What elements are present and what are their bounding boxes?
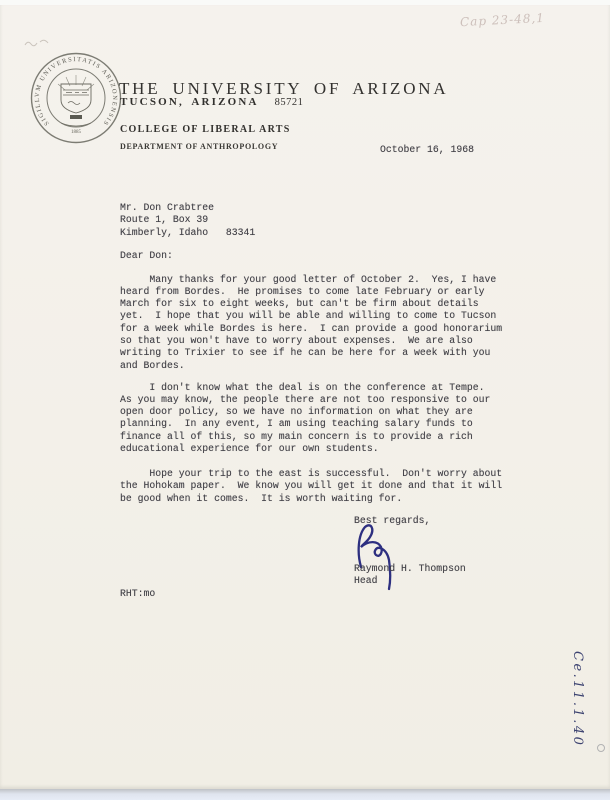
scanned-letter-page: Cap 23-48,1 SIGILLVM UNIVERSITATIS ARIZO…	[0, 0, 610, 800]
university-seal: SIGILLVM UNIVERSITATIS ARIZONENSIS 1885	[30, 51, 122, 145]
seal-sun-rays	[58, 75, 94, 90]
letterhead-zip: 85721	[275, 97, 304, 108]
scan-edge-bottom	[0, 789, 610, 800]
letterhead-college: COLLEGE OF LIBERAL ARTS	[120, 124, 291, 135]
signature-block: Raymond H. Thompson Head	[354, 563, 466, 588]
recipient-address: Mr. Don Crabtree Route 1, Box 39 Kimberl…	[120, 202, 255, 239]
seal-shield	[61, 84, 91, 119]
letterhead-city: TUCSON, ARIZONA	[120, 96, 259, 108]
letterhead-department: DEPARTMENT OF ANTHROPOLOGY	[120, 142, 278, 151]
letterhead-city-line: TUCSON, ARIZONA 85721	[120, 96, 303, 108]
letter-paper: Cap 23-48,1 SIGILLVM UNIVERSITATIS ARIZO…	[0, 5, 610, 789]
paragraph-2: I don't know what the deal is on the con…	[120, 382, 490, 456]
salutation: Dear Don:	[120, 250, 173, 262]
seal-year: 1885	[71, 130, 82, 135]
paragraph-3: Hope your trip to the east is successful…	[120, 468, 502, 505]
paragraph-1: Many thanks for your good letter of Octo…	[120, 274, 502, 372]
typist-initials: RHT:mo	[120, 588, 155, 600]
catalog-number: Ce.11.1.40	[570, 651, 585, 747]
stray-pencil-mark	[24, 37, 50, 49]
punch-mark	[597, 744, 605, 752]
letter-date: October 16, 1968	[380, 144, 474, 156]
pencil-note: Cap 23-48,1	[460, 11, 545, 29]
